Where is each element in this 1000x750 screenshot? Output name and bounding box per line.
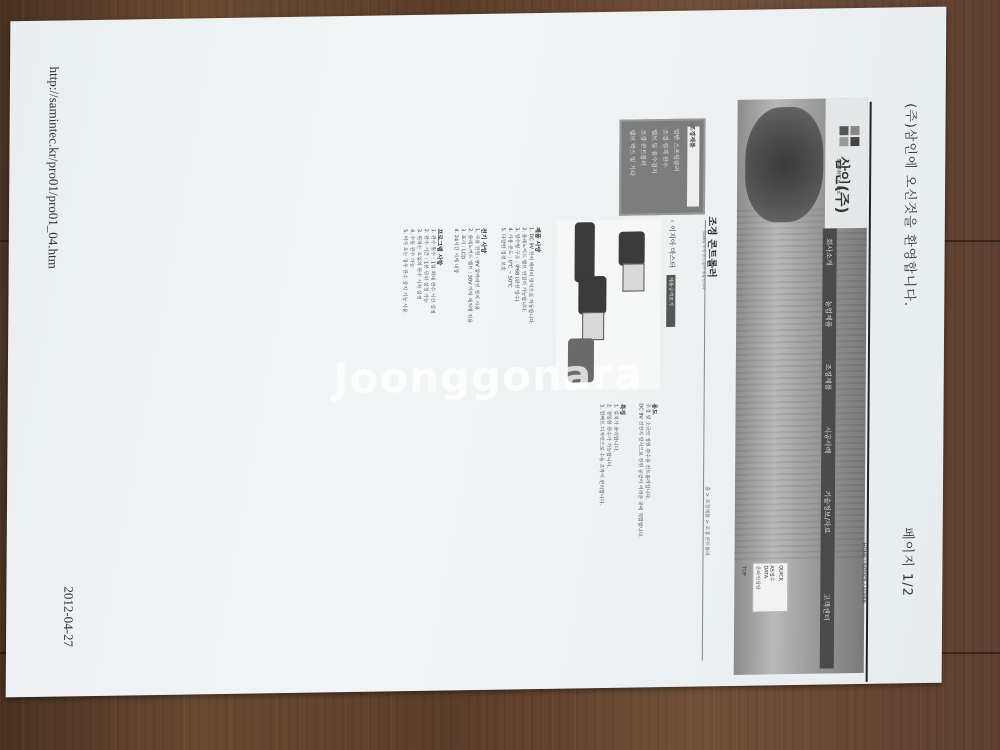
- print-header-title: (주)삼인에 오신것을 환영합니다.: [901, 103, 921, 307]
- nav-agriculture[interactable]: 농업제품: [823, 300, 833, 327]
- program-line: 1. 관수 횟수 : 1일 최대 관수 시간 설정: [429, 229, 437, 314]
- section-title-electrical: 전기 사양: [480, 228, 489, 253]
- watermark: Joonggonara: [333, 349, 644, 403]
- logo-area[interactable]: 삼인(주) SAMIN Co. Ltd.: [825, 98, 868, 229]
- quick-title: QUICK: [777, 565, 783, 581]
- feature-line: 3. 컴팩트 디자인으로 수동 조작이 편리합니다.: [598, 404, 606, 505]
- spec-button-label[interactable]: 제품규격보기: [667, 277, 674, 306]
- page-title: 조경 콘트롤러: [705, 216, 720, 278]
- print-footer-date: 2012-04-27: [60, 586, 76, 647]
- controller-lcd: [622, 263, 644, 291]
- product-name: ◦ 이지아 마스터: [667, 219, 677, 268]
- sidebar-item-controller[interactable]: 조경 콘트롤러: [639, 129, 648, 166]
- spec-line: 3. 방수형 구조 : IP68 (완전 방수): [513, 227, 521, 301]
- program-line: 5. 비가 오는 경우 관수 중지 기능 사용: [401, 229, 409, 313]
- spec-line: 1. DC 9V 전지 배터리 방식으로 작동합니다.: [527, 227, 535, 325]
- sidebar-item-valves[interactable]: 밸브 및 유수검지: [650, 129, 659, 174]
- feature-line: 1. 설치가 용이합니다.: [612, 404, 619, 452]
- nav-company[interactable]: 회사소개: [824, 238, 834, 265]
- nav-landscape[interactable]: 조경제품: [823, 363, 833, 390]
- nav-tech-data[interactable]: 기술정보/자료: [822, 490, 832, 533]
- sidebar-item-rock-sprinkler[interactable]: 암반 스프링클러: [672, 129, 681, 172]
- section-title-features: 특징: [619, 404, 628, 416]
- sidebar-item-valve-box[interactable]: 밸브 박스 및 기타: [628, 129, 637, 175]
- breadcrumb: 홈 > 조경제품 > 조경 콘트롤러: [704, 486, 711, 556]
- logo-icon: [839, 126, 859, 148]
- logo-subtitle: SAMIN Co. Ltd.: [835, 158, 841, 195]
- program-line: 4. 수동 관수 가능: [409, 229, 416, 268]
- top-links[interactable]: HOME / NOTICE / ADMIN: [860, 543, 866, 604]
- nav-support[interactable]: 고객센터: [821, 593, 831, 620]
- controller-device: [578, 276, 606, 314]
- usage-line: 조경 및 소규모 정원 관수용 컨트롤러입니다.: [644, 403, 652, 500]
- quick-consult[interactable]: 온라인상담: [754, 566, 761, 590]
- nav-cases[interactable]: 시공사례: [822, 426, 832, 453]
- section-title-spec: 제품 사양: [534, 227, 543, 252]
- electrical-line: 3. 표시 : LCD: [460, 228, 467, 259]
- controller-lcd: [582, 312, 604, 340]
- controller-device: [619, 231, 645, 265]
- electrical-line: 4. 24시간 시계 내장: [453, 228, 460, 273]
- usage-line: DC 9V 건전지 방식으로 전원 공급이 어려운 곳에 적합합니다.: [637, 403, 645, 538]
- spec-line: 5. 다양한 정전 보호: [500, 228, 507, 271]
- program-line: 3. 원하는 요일의 관수 시작 설정: [415, 229, 422, 300]
- section-title-program: 프로그램 사항: [436, 228, 445, 265]
- print-footer-url: http://samintec.kr/pro01/pro01_04.htm: [45, 66, 62, 268]
- tree-photo: [745, 107, 824, 223]
- section-title-usage: 용도: [651, 403, 660, 415]
- sidebar-title: 조경제품: [688, 125, 697, 148]
- spec-line: 2. 솔레노이드 밸브 연결이 가능합니다.: [520, 227, 528, 312]
- program-line: 2. 관수 시간 : 1분 단위 설정 가능: [422, 229, 430, 303]
- quick-as[interactable]: AS접수: [768, 565, 775, 581]
- sidebar-item-remote-irrigation[interactable]: 조경 원격 관수: [661, 129, 670, 168]
- field-photo: [735, 208, 867, 560]
- spec-line: 4. 사용 온도 : 0℃ ~ 50℃: [506, 227, 513, 287]
- feature-line: 2. 정밀한 관수가 가능합니다.: [605, 404, 612, 468]
- electrical-line: 2. 솔레노이드 밸브 : 30V 이하 래치형 전용: [466, 228, 474, 323]
- printed-page: (주)삼인에 오신것을 환영합니다. 페이지 1/2 http://samint…: [6, 7, 947, 698]
- electrical-line: 1. 사용 전원 : 9V 알카라인 전지 사용: [473, 228, 481, 310]
- valve-body: [574, 222, 594, 282]
- quick-data[interactable]: DATA: [762, 565, 768, 578]
- print-page-number: 페이지 1/2: [899, 527, 918, 597]
- quick-top[interactable]: TOP: [740, 566, 746, 576]
